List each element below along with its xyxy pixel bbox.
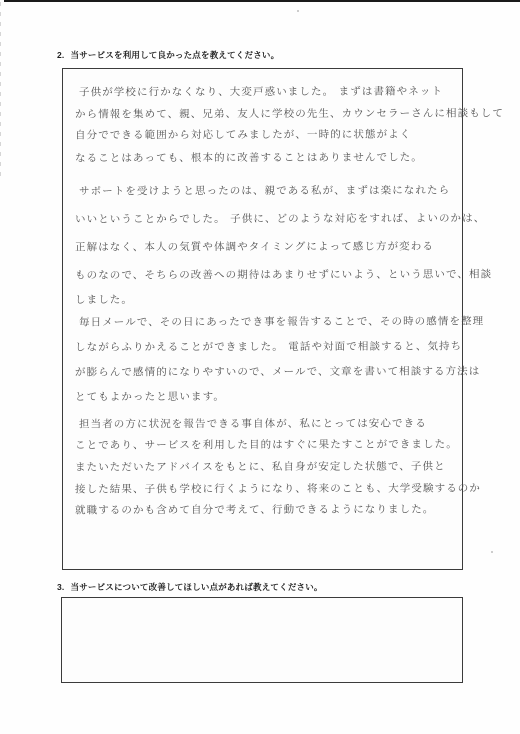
question-2-text: 当サービスを利用して良かった点を教えてください。 bbox=[71, 50, 280, 60]
handwritten-line-13: とてもよかったと思います。 bbox=[75, 391, 225, 403]
question-3-number: 3. bbox=[57, 582, 65, 592]
handwritten-line-15: ことであり、サービスを利用した目的はすぐに果たすことができました。 bbox=[75, 438, 458, 451]
handwritten-line-11: しながらふりかえることができました。 電話や対面で相談すると、気持ち bbox=[75, 340, 462, 353]
answer-box-question-2: 子供が学校に行かなくなり、大変戸惑いました。 まずは書籍やネット から情報を集め… bbox=[62, 68, 463, 570]
handwritten-line-10: 毎日メールで、その日にあったでき事を報告することで、その時の感情を整理 bbox=[79, 315, 484, 328]
scan-artifact-speck bbox=[491, 551, 493, 553]
question-3-text: 当サービスについて改善してほしい点があれば教えてください。 bbox=[71, 582, 323, 592]
handwritten-line-5: サポートを受けようと思ったのは、親である私が、まずは楽になれたら bbox=[79, 185, 450, 198]
handwritten-line-4: なることはあっても、根本的に改善することはありませんでした。 bbox=[75, 152, 423, 165]
answer-box-question-3-empty bbox=[61, 597, 463, 683]
question-2-label: 2.当サービスを利用して良かった点を教えてください。 bbox=[57, 50, 279, 60]
scan-artifact-top-edge bbox=[4, 0, 520, 2]
handwritten-line-7: 正解はなく、本人の気質や体調やタイミングによって感じ方が変わる bbox=[75, 241, 434, 254]
scanned-survey-page: 2.当サービスを利用して良かった点を教えてください。 子供が学校に行かなくなり、… bbox=[0, 0, 520, 734]
handwritten-line-3: 自分でできる範囲から対応してみましたが、一時的に状態がよく bbox=[75, 129, 411, 142]
handwritten-line-1: 子供が学校に行かなくなり、大変戸惑いました。 まずは書籍やネット bbox=[79, 86, 443, 99]
handwritten-line-2: から情報を集めて、親、兄弟、友人に学校の先生、カウンセラーさんに相談もして bbox=[75, 107, 504, 120]
handwritten-line-16: またいただいたアドバイスをもとに、私自身が安定した状態で、子供と bbox=[75, 461, 446, 474]
handwritten-line-18: 就職するのかも含めて自分で考えて、行動できるようになりました。 bbox=[75, 504, 434, 517]
handwritten-line-8: ものなので、そちらの改善への期待はあまりせずにいよう、という思いで、相談 bbox=[75, 268, 492, 281]
handwritten-line-9: しました。 bbox=[75, 294, 133, 306]
question-2-number: 2. bbox=[57, 50, 65, 60]
handwritten-line-6: いいということからでした。 子供に、どのような対応をすれば、よいのかは、 bbox=[75, 212, 485, 225]
question-3-label: 3.当サービスについて改善してほしい点があれば教えてください。 bbox=[57, 582, 323, 592]
handwritten-line-17: 接した結果、子供も学校に行くようになり、将来のことも、大学受験するのか bbox=[75, 482, 481, 495]
handwritten-line-12: が膨らんで感情的になりやすいので、メールで、文章を書いて相談する方法は bbox=[75, 365, 480, 378]
scan-artifact-speck bbox=[297, 10, 299, 12]
scan-artifact-left-edge bbox=[0, 2, 1, 182]
handwritten-line-14: 担当者の方に状況を報告できる事自体が、私にとっては安心できる bbox=[79, 418, 427, 431]
